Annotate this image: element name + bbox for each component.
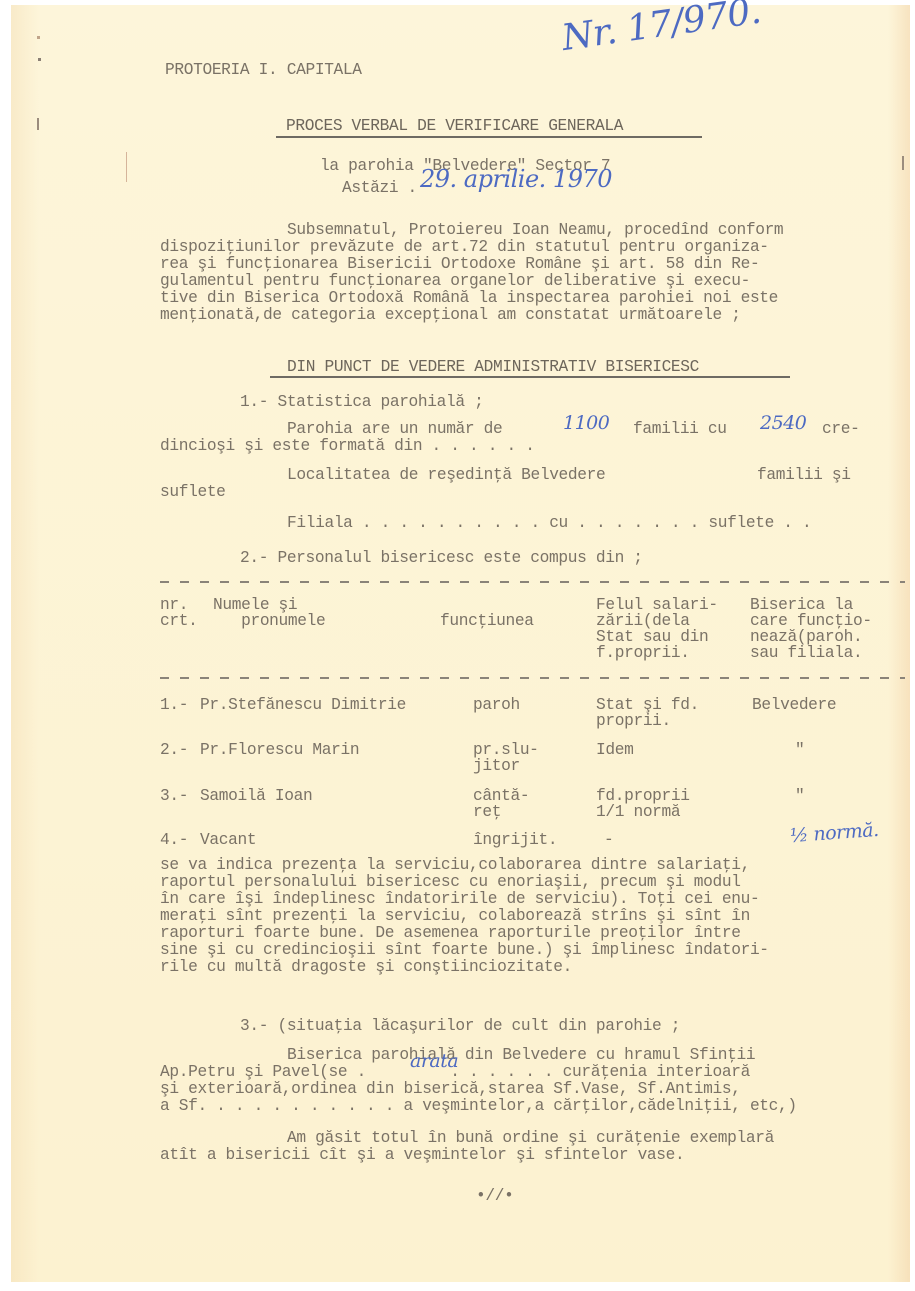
table-header-rule	[160, 677, 905, 679]
col-header-salary: f.proprii.	[596, 645, 690, 662]
title-underline	[276, 136, 702, 138]
section-heading: DIN PUNCT DE VEDERE ADMINISTRATIV BISERI…	[287, 359, 699, 376]
row-salary: Idem	[596, 742, 633, 759]
row-function: paroh	[473, 697, 520, 714]
paragraph-line: tive din Biserica Ortodoxă Română la ins…	[160, 290, 778, 307]
statistics-line-prefix: Parohia are un număr de	[287, 421, 502, 438]
paper-mark	[37, 118, 39, 130]
section-underline	[270, 376, 790, 378]
col-header-name: pronumele	[213, 613, 325, 630]
col-header-nr: crt.	[160, 613, 197, 630]
paragraph-line: gulamentul pentru funcţionarea organelor…	[160, 273, 750, 290]
paragraph-line: menţionată,de categoria excepţional am c…	[160, 307, 741, 324]
statistics-line-middle: familii cu	[633, 421, 727, 438]
row-nr: 1.-	[160, 697, 188, 714]
row-function: îngrijit.	[473, 832, 557, 849]
row-salary: proprii.	[596, 713, 671, 730]
residence-families: familii şi	[757, 467, 851, 484]
row-name: Samoilă Ioan	[200, 788, 312, 805]
branch-line: Filiala . . . . . . . . . . cu . . . . .…	[287, 515, 811, 532]
row-nr: 2.-	[160, 742, 188, 759]
paragraph-line: în care îşi îndeplinesc îndatoririle de …	[160, 891, 759, 908]
paragraph-line: raporturi foarte bune. De asemenea rapor…	[160, 925, 741, 942]
paragraph-line: meraţi sînt prezenţi la serviciu, colabo…	[160, 908, 750, 925]
statistics-line-suffix: cre-	[822, 421, 859, 438]
row-function: jitor	[473, 758, 520, 775]
paragraph-line: rile cu multă dragoste şi conştiinciozit…	[160, 959, 572, 976]
row-nr: 4.-	[160, 832, 188, 849]
paper-speck	[37, 36, 40, 39]
conclusion-line: Am găsit totul în bună ordine şi curăţen…	[287, 1130, 774, 1147]
row-name: Pr.Florescu Marin	[200, 742, 359, 759]
worship-line: Biserica parohială din Belvedere cu hram…	[287, 1047, 755, 1064]
residence-souls: suflete	[160, 484, 226, 501]
table-top-rule	[160, 581, 905, 583]
document-title: PROCES VERBAL DE VERIFICARE GENERALA	[286, 118, 623, 135]
row-nr: 3.-	[160, 788, 188, 805]
worship-line: şi exterioară,ordinea din biserică,stare…	[160, 1081, 741, 1098]
handwritten-date: 29. aprilie. 1970	[420, 165, 612, 193]
page-continuation-marker: •//•	[476, 1188, 513, 1205]
row-salary: 1/1 normă	[596, 804, 680, 821]
paragraph-line: rea şi funcţionarea Bisericii Ortodoxe R…	[160, 256, 759, 273]
row-name: Pr.Stefănescu Dimitrie	[200, 697, 406, 714]
families-count: 1100	[563, 412, 609, 434]
row-church: "	[795, 742, 804, 759]
statistics-heading: 1.- Statistica parohială ;	[240, 394, 483, 411]
row-church: "	[795, 788, 804, 805]
paragraph-line: se va indica prezenţa la serviciu,colabo…	[160, 857, 750, 874]
paragraph-line: raportul personalului bisericesc cu enor…	[160, 874, 741, 891]
staff-heading: 2.- Personalul bisericesc este compus di…	[240, 550, 643, 567]
paragraph-line: sine şi cu credincioşii sînt foarte bune…	[160, 942, 769, 959]
date-label: Astăzi .	[342, 180, 417, 197]
worship-line: a Sf. . . . . . . . . . . a veşmintelor,…	[160, 1098, 797, 1115]
row-church: Belvedere	[752, 697, 836, 714]
paragraph-line: Subsemnatul, Protoiereu Ioan Neamu, proc…	[287, 222, 783, 239]
paragraph-line: dispoziţiunilor prevăzute de art.72 din …	[160, 239, 769, 256]
office-name: PROTOERIA I. CAPITALA	[165, 62, 362, 79]
col-header-function: funcţiunea	[440, 613, 534, 630]
paper-speck	[38, 58, 41, 61]
handwritten-arata: arata	[410, 1050, 458, 1072]
row-function: reţ	[473, 804, 501, 821]
worship-heading: 3.- (situaţia lăcaşurilor de cult din pa…	[240, 1018, 680, 1035]
conclusion-line: atît a bisericii cît şi a veşmintelor şi…	[160, 1147, 684, 1164]
row-name: Vacant	[200, 832, 256, 849]
statistics-line-2: dincioşi şi este formată din . . . . . .	[160, 438, 535, 455]
paper-mark	[902, 156, 904, 170]
paper-speck	[126, 152, 127, 182]
residence-line: Localitatea de reşedinţă Belvedere	[287, 467, 605, 484]
row-salary: -	[604, 832, 613, 849]
believers-count: 2540	[760, 412, 806, 434]
col-header-church: sau filiala.	[750, 645, 862, 662]
